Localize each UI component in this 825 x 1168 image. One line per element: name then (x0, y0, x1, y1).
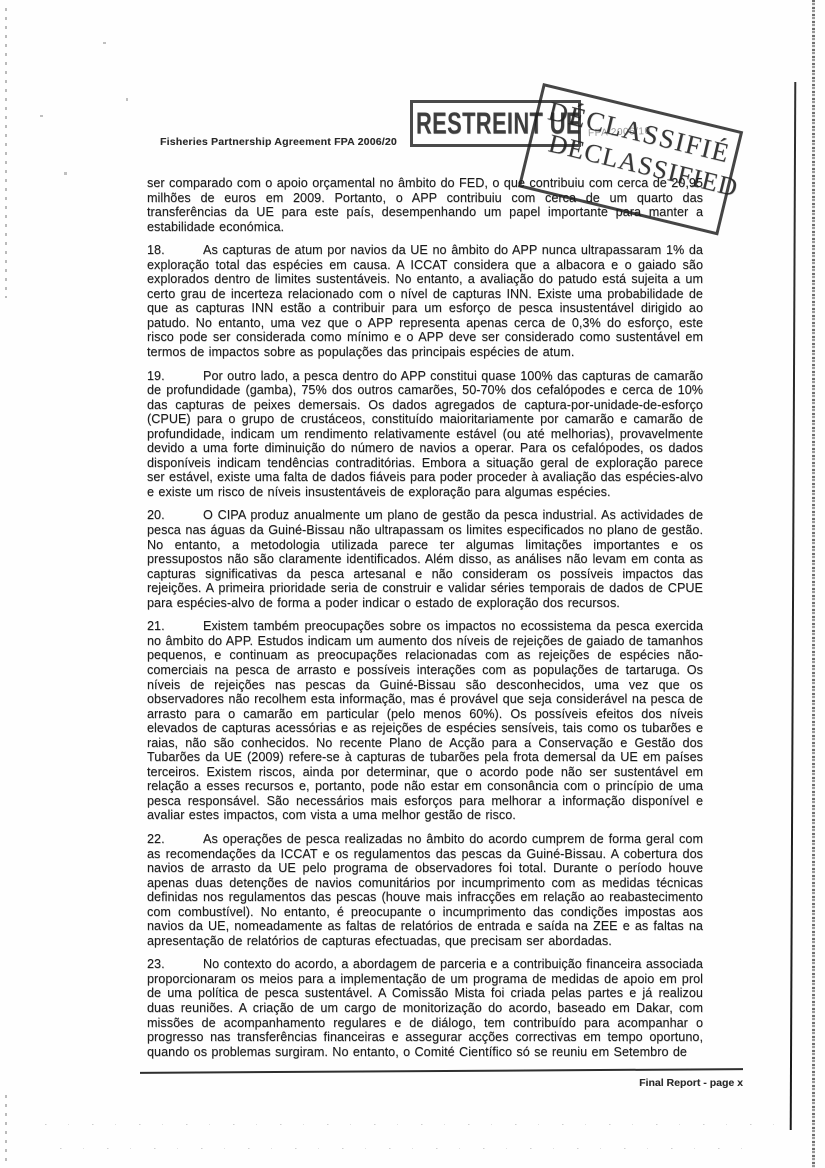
scan-speck (126, 98, 128, 101)
document-body: ser comparado com o apoio orçamental no … (147, 176, 703, 1068)
paragraph-text: Por outro lado, a pesca dentro do APP co… (147, 369, 703, 499)
paragraph-text: O CIPA produz anualmente um plano de ges… (147, 508, 703, 609)
paragraph-text: As capturas de atum por navios da UE no … (147, 243, 703, 359)
footer-page-label: Final Report - page x (595, 1077, 743, 1089)
scan-speck-row (45, 1124, 780, 1125)
scan-artifact-left-edge-lower (5, 1095, 7, 1165)
paragraph-text: No contexto do acordo, a abordagem de pa… (147, 957, 703, 1058)
document-header-label: Fisheries Partnership Agreement FPA 2006… (160, 136, 397, 148)
scan-artifact-left-edge (5, 8, 7, 298)
numbered-paragraph: 20.O CIPA produz anualmente um plano de … (147, 508, 703, 610)
numbered-paragraph: 23.No contexto do acordo, a abordagem de… (147, 957, 703, 1059)
paragraph-number: 21. (147, 619, 203, 634)
scan-artifact-page-edge (812, 0, 815, 1168)
scan-speck (64, 172, 67, 175)
scanned-document-page: Fisheries Partnership Agreement FPA 2006… (0, 0, 825, 1168)
paragraph-number: 20. (147, 508, 203, 523)
scan-speck-row (60, 1148, 760, 1149)
paragraph-text: Existem também preocupações sobre os imp… (147, 619, 703, 822)
paragraph-number: 18. (147, 243, 203, 258)
paragraph-number: 22. (147, 832, 203, 847)
numbered-paragraph: 21.Existem também preocupações sobre os … (147, 619, 703, 823)
scan-artifact-right-line (790, 82, 797, 1130)
numbered-paragraph: 22.As operações de pesca realizadas no â… (147, 832, 703, 948)
paragraph-number: 23. (147, 957, 203, 972)
paragraph-text: As operações de pesca realizadas no âmbi… (147, 832, 703, 948)
scan-speck (103, 42, 106, 44)
numbered-paragraph: 18.As capturas de atum por navios da UE … (147, 243, 703, 359)
scan-speck (40, 115, 43, 117)
numbered-paragraph: 19.Por outro lado, a pesca dentro do APP… (147, 369, 703, 500)
footer-rule (140, 1068, 743, 1074)
paragraph-number: 19. (147, 369, 203, 384)
